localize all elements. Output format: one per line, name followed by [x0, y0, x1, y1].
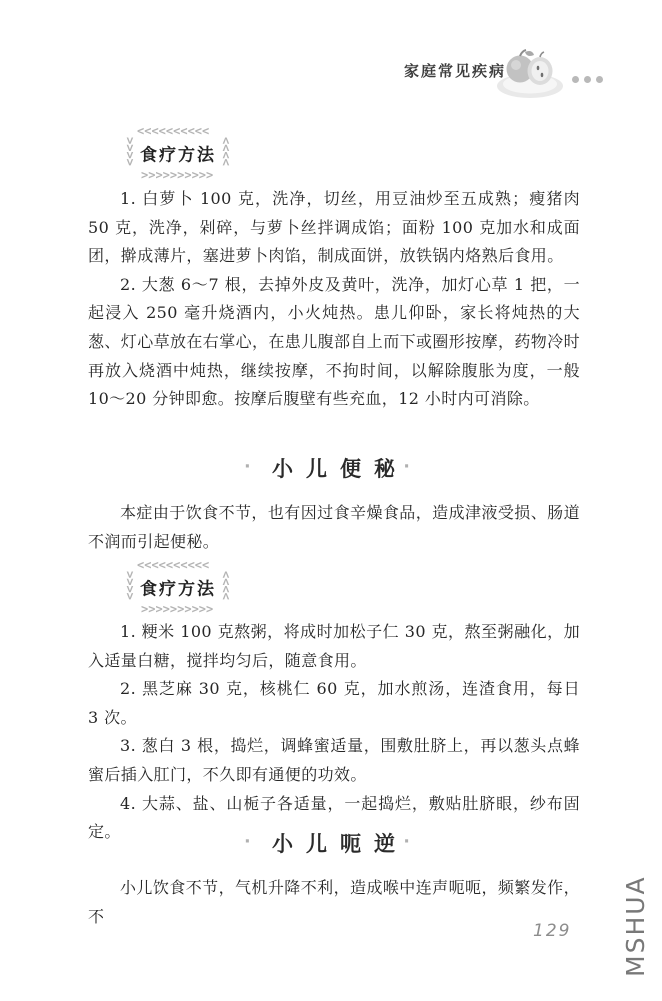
ellipsis-dots-icon: [572, 76, 603, 83]
chevron-border-bottom-icon: >>>>>>>>>>: [141, 170, 213, 180]
constipation-intro: 本症由于饮食不节，也有因过食辛燥食品，造成津液受损、肠道不润而引起便秘。: [88, 499, 580, 556]
intro-paragraph: 本症由于饮食不节，也有因过食辛燥食品，造成津液受损、肠道不润而引起便秘。: [88, 499, 580, 556]
title-dot-left: ·: [244, 457, 250, 477]
chevron-border-top-icon: <<<<<<<<<<: [137, 560, 209, 570]
remedy-item: 2. 黑芝麻 30 克，核桃仁 60 克，加水煎汤，连渣食用，每日 3 次。: [88, 675, 580, 732]
page-number: 129: [533, 921, 571, 941]
remedy-item: 3. 葱白 3 根，捣烂，调蜂蜜适量，围敷肚脐上，再以葱头点蜂蜜后插入肛门，不久…: [88, 732, 580, 789]
remedy-list-constipation: 1. 粳米 100 克熬粥，将成时加松子仁 30 克，熬至粥融化，加入适量白糖，…: [88, 618, 580, 847]
apples-photo-icon: [494, 46, 566, 100]
book-page: 家庭常见疾病 <<<<<<<<<< >>>>>>>>>> >>>> <<<< 食…: [0, 0, 662, 1001]
title-dot-right: ·: [403, 457, 409, 477]
intro-paragraph: 小儿饮食不节，气机升降不利，造成喉中连声呃呃，频繁发作，不: [88, 874, 580, 931]
spine-watermark: MSHUA: [621, 875, 650, 977]
running-head: 家庭常见疾病: [404, 60, 506, 81]
section-title-hiccup: · 小儿呃逆 ·: [88, 825, 566, 861]
method-box-label: 食疗方法: [126, 141, 230, 166]
chevron-border-top-icon: <<<<<<<<<<: [137, 126, 209, 136]
title-dot-right: ·: [403, 832, 409, 852]
section-title-constipation: · 小儿便秘 ·: [88, 450, 566, 486]
section-title-text: 小儿呃逆: [272, 832, 408, 856]
section-title-text: 小儿便秘: [272, 457, 408, 481]
title-dot-left: ·: [244, 832, 250, 852]
method-box-2: <<<<<<<<<< >>>>>>>>>> >>>> <<<< 食疗方法: [126, 562, 230, 612]
method-box-1: <<<<<<<<<< >>>>>>>>>> >>>> <<<< 食疗方法: [126, 128, 230, 178]
remedy-item: 1. 白萝卜 100 克，洗净，切丝，用豆油炒至五成熟；瘦猪肉 50 克，洗净，…: [88, 185, 580, 271]
remedy-item: 1. 粳米 100 克熬粥，将成时加松子仁 30 克，熬至粥融化，加入适量白糖，…: [88, 618, 580, 675]
remedy-item: 2. 大葱 6～7 根，去掉外皮及黄叶，洗净，加灯心草 1 把，一起浸入 250…: [88, 271, 580, 414]
chevron-border-bottom-icon: >>>>>>>>>>: [141, 604, 213, 614]
method-box-label: 食疗方法: [126, 575, 230, 600]
hiccup-intro: 小儿饮食不节，气机升降不利，造成喉中连声呃呃，频繁发作，不: [88, 874, 580, 931]
remedy-list-previous-section: 1. 白萝卜 100 克，洗净，切丝，用豆油炒至五成熟；瘦猪肉 50 克，洗净，…: [88, 185, 580, 414]
